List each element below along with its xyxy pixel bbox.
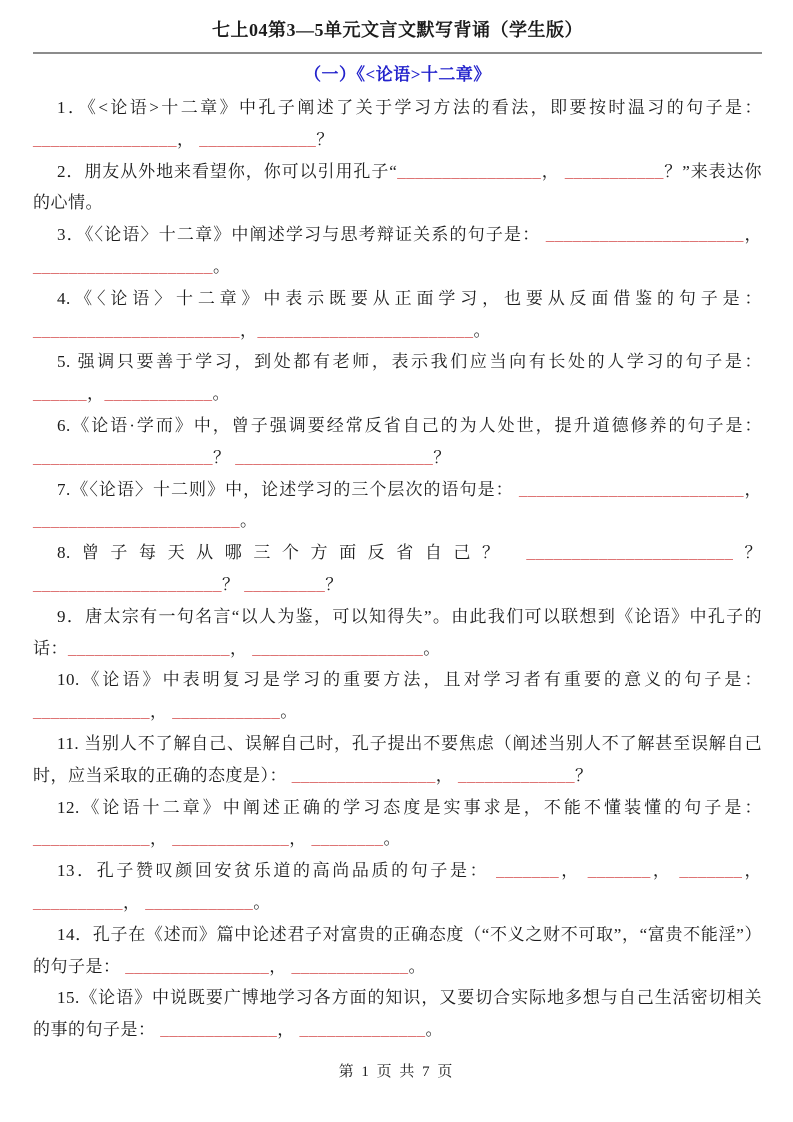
answer-blank: ________________ [125, 957, 269, 976]
question-item: 2．朋友从外地来看望你，你可以引用孔子“________________， __… [33, 156, 762, 220]
answer-blank: ____________ [145, 893, 253, 912]
answer-blank: _____________________ [33, 575, 222, 594]
answer-blank: __________________ [68, 639, 230, 658]
answer-blank: ___________ [565, 162, 664, 181]
answer-blank: ____________ [105, 384, 213, 403]
question-item: 11. 当别人不了解自己、误解自己时，孔子提出不要焦虑（阐述当别人不了解甚至误解… [33, 728, 762, 792]
answer-blank: ______ [33, 384, 87, 403]
answer-blank: ______________________ [546, 225, 744, 244]
question-item: 1．《<论语>十二章》中孔子阐述了关于学习方法的看法，即要按时温习的句子是：__… [33, 92, 762, 156]
answer-blank: _____________ [172, 829, 289, 848]
question-item: 3．《〈论语〉十二章》中阐述学习与思考辩证关系的句子是： ___________… [33, 219, 762, 283]
page: 七上04第3—5单元文言文默写背诵（学生版） （一）《<论语>十二章》 1．《<… [0, 0, 793, 1046]
answer-blank: _________________________ [519, 480, 744, 499]
question-item: 14．孔子在《述而》篇中论述君子对富贵的正确态度（“不义之财不可取”，“富贵不能… [33, 919, 762, 983]
question-item: 12.《论语十二章》中阐述正确的学习态度是实事求是，不能不懂装懂的句子是：___… [33, 792, 762, 856]
answer-blank: _____________ [199, 130, 316, 149]
question-item: 10.《论语》中表明复习是学习的重要方法，且对学习者有重要的意义的句子是：___… [33, 664, 762, 728]
question-item: 6.《论语·学而》中，曾子强调要经常反省自己的为人处世，提升道德修养的句子是：_… [33, 410, 762, 474]
answer-blank: ________________ [397, 162, 541, 181]
answer-blank: ____________________ [33, 448, 213, 467]
question-item: 15.《论语》中说既要广博地学习各方面的知识，又要切合实际地多想与自己生活密切相… [33, 982, 762, 1046]
page-number-label: 第 1 页 共 7 页 [339, 1064, 455, 1080]
answer-blank: _______________________ [33, 321, 240, 340]
answer-blank: _________ [244, 575, 325, 594]
answer-blank: _______________________ [526, 543, 733, 562]
answer-blank: _______ [679, 861, 742, 880]
answer-blank: ________ [312, 829, 384, 848]
answer-blank: _______________________ [33, 511, 240, 530]
answer-blank: ____________ [172, 702, 280, 721]
question-item: 5. 强调只要善于学习，到处都有老师，表示我们应当向有长处的人学习的句子是： _… [33, 346, 762, 410]
answer-blank: _______ [588, 861, 651, 880]
answer-blank: _____________ [292, 957, 409, 976]
question-item: 13．孔子赞叹颜回安贫乐道的高尚品质的句子是： _______， _______… [33, 855, 762, 919]
answer-blank: _____________ [458, 766, 575, 785]
answer-blank: ________________________ [258, 321, 474, 340]
answer-blank: _______ [496, 861, 559, 880]
question-item: 8.曾子每天从哪三个方面反省自己？ ______________________… [33, 537, 762, 601]
answer-blank: ________________ [292, 766, 436, 785]
answer-blank: _____________ [160, 1020, 277, 1039]
section-heading: （一）《<论语>十二章》 [33, 63, 762, 87]
question-item: 4.《〈论语〉十二章》中表示既要从正面学习，也要从反面借鉴的句子是：______… [33, 283, 762, 347]
questions-list: 1．《<论语>十二章》中孔子阐述了关于学习方法的看法，即要按时温习的句子是：__… [33, 92, 762, 1046]
answer-blank: ________________ [33, 130, 177, 149]
title-rule [33, 52, 762, 54]
question-item: 7.《〈论语〉十二则》中，论述学习的三个层次的语句是： ____________… [33, 474, 762, 538]
answer-blank: ______________________ [235, 448, 433, 467]
answer-blank: ___________________ [252, 639, 423, 658]
question-item: 9．唐太宗有一句名言“以人为鉴，可以知得失”。由此我们可以联想到《论语》中孔子的… [33, 601, 762, 665]
answer-blank: _____________ [33, 829, 150, 848]
answer-blank: ______________ [300, 1020, 426, 1039]
page-title: 七上04第3—5单元文言文默写背诵（学生版） [33, 18, 762, 43]
page-footer: 第 1 页 共 7 页 [0, 1062, 793, 1082]
answer-blank: _____________ [33, 702, 150, 721]
answer-blank: ____________________ [33, 257, 213, 276]
answer-blank: __________ [33, 893, 123, 912]
